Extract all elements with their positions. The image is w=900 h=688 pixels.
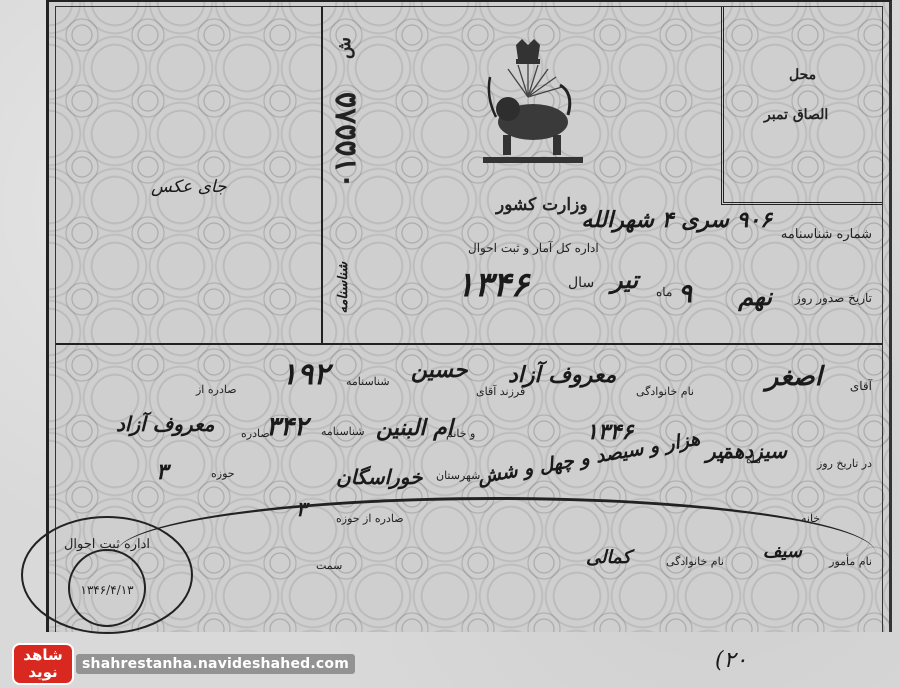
- logo-line1: شاهد: [23, 647, 62, 664]
- clerk-note: شناسنامه: [336, 262, 351, 314]
- month-label: ماه: [656, 285, 672, 299]
- svg-text:اداره ثبت احوال: اداره ثبت احوال: [64, 537, 150, 552]
- field-value-first-name: اصغر: [766, 362, 822, 392]
- footer-note: ۲۰): [715, 648, 747, 673]
- svg-text:۱۳۴۶/۴/۱۳: ۱۳۴۶/۴/۱۳: [80, 583, 134, 597]
- certificate-number-label: شماره شناسنامه: [781, 227, 872, 242]
- field-value-mother: ام البنین: [376, 415, 453, 441]
- stamp-placement-box: محل الصاق تمبر: [721, 7, 882, 205]
- official-stamp-icon: اداره ثبت احوال ۱۳۴۶/۴/۱۳: [12, 510, 202, 640]
- field-value-district: ۳: [156, 459, 168, 485]
- field-value-city: خوراسگان: [336, 465, 423, 489]
- lion-and-sun-emblem-icon: [468, 37, 588, 177]
- signature-curve: [116, 497, 876, 610]
- year-label: سال: [568, 275, 594, 291]
- section-divider: [56, 343, 882, 345]
- site-watermark: شاهد نوید shahrestanha.navideshahed.com: [14, 645, 355, 683]
- logo-line2: نوید: [28, 664, 57, 681]
- certificate-number-value: ۹۰۶ سری ۴ شهرالله: [581, 207, 772, 233]
- serial-number: ۰۱۵۵۸۵: [328, 92, 363, 189]
- stamp-label-line1: محل: [789, 67, 816, 83]
- field-label-father: فرزند آقای: [476, 385, 525, 398]
- field-label-birth-month: ماه: [746, 453, 761, 466]
- year-value: ۱۳۴۶: [456, 265, 529, 305]
- field-value-mother-issued: معروف آزاد: [116, 412, 214, 436]
- navideshahed-logo: شاهد نوید: [14, 645, 72, 683]
- field-label-district: حوزه: [211, 467, 235, 480]
- stamp-label-line2: الصاق تمبر: [764, 107, 828, 123]
- field-value-father: حسین: [411, 357, 468, 383]
- department-title: اداره کل آمار و ثبت احوال: [468, 241, 599, 255]
- field-label-birth-day: در تاریخ روز: [817, 457, 872, 470]
- field-value-birth-month: تیر: [706, 439, 729, 463]
- field-value-father-id: ۱۹۲: [281, 357, 329, 392]
- field-value-mother-id: ۳۴۲: [266, 412, 308, 442]
- field-label-family-name: نام خانوادگی: [636, 385, 694, 398]
- photo-label: جای عکس: [151, 177, 227, 197]
- field-label-mother-id: شناسنامه: [321, 425, 365, 438]
- issue-date-day-number: ۹: [678, 279, 692, 309]
- field-label-mother-issued: صادره: [241, 427, 270, 440]
- issue-date-label: تاریخ صدور روز: [795, 291, 872, 305]
- photo-area: جای عکس: [56, 7, 323, 343]
- field-value-birth-year-num: ۱۳۴۶: [586, 419, 633, 445]
- issue-date-day: نهم: [738, 282, 772, 311]
- month-value: تیر: [611, 265, 638, 294]
- field-label-city: شهرستان: [436, 469, 480, 482]
- serial-prefix: ش: [334, 37, 355, 59]
- field-label-mr: آقای: [850, 379, 872, 393]
- field-label-issued-from: صادره از: [196, 383, 237, 396]
- ministry-title: وزارت کشور: [496, 195, 588, 215]
- field-label-father-id: شناسنامه: [346, 375, 390, 388]
- watermark-url: shahrestanha.navideshahed.com: [76, 654, 355, 674]
